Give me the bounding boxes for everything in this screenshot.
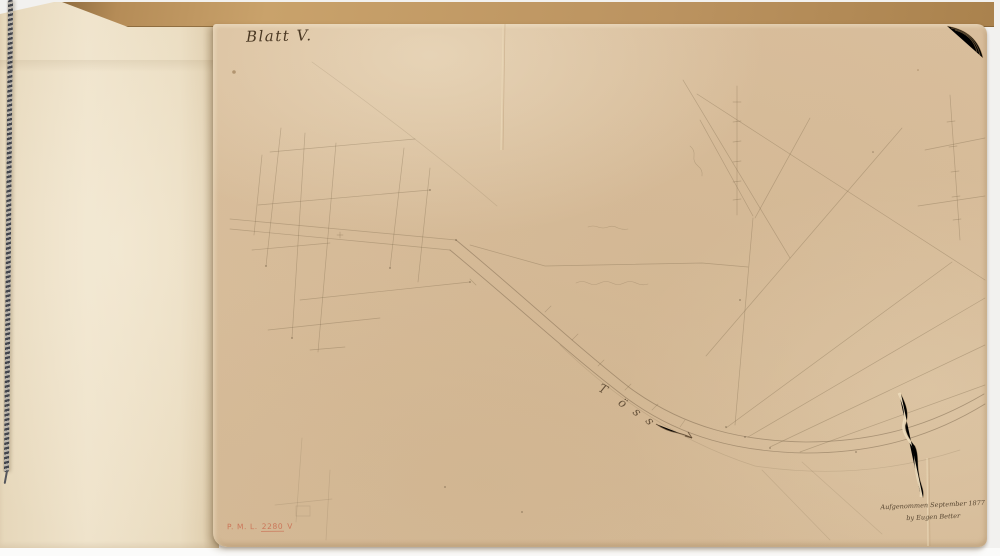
scanned-map-album: Blatt V. T ö s s P. M. L. 2280 V Aufgeno… xyxy=(0,0,1000,556)
sheet-creases xyxy=(501,24,930,546)
scanner-background-strip xyxy=(0,548,1000,556)
album-page xyxy=(0,2,219,548)
corner-sheet-stack xyxy=(947,26,983,58)
archive-stamp-suffix: V xyxy=(287,522,293,531)
survey-note: Aufgenommen September 1877 by Eugen Bett… xyxy=(877,498,990,526)
archive-stamp: P. M. L. 2280 V xyxy=(227,522,293,532)
sheet-title: Blatt V. xyxy=(246,26,313,45)
map-sheet: Blatt V. T ö s s P. M. L. 2280 V Aufgeno… xyxy=(213,24,987,547)
right-survey-lines xyxy=(683,80,985,452)
archive-stamp-prefix: P. M. L. xyxy=(227,522,258,531)
bottom-right-faint-lines xyxy=(762,462,882,540)
pencil-survey-drawing xyxy=(213,24,987,547)
archive-stamp-number: 2280 xyxy=(261,522,285,532)
album-page-fold-shadow xyxy=(0,60,219,72)
left-street-grid xyxy=(230,128,748,352)
